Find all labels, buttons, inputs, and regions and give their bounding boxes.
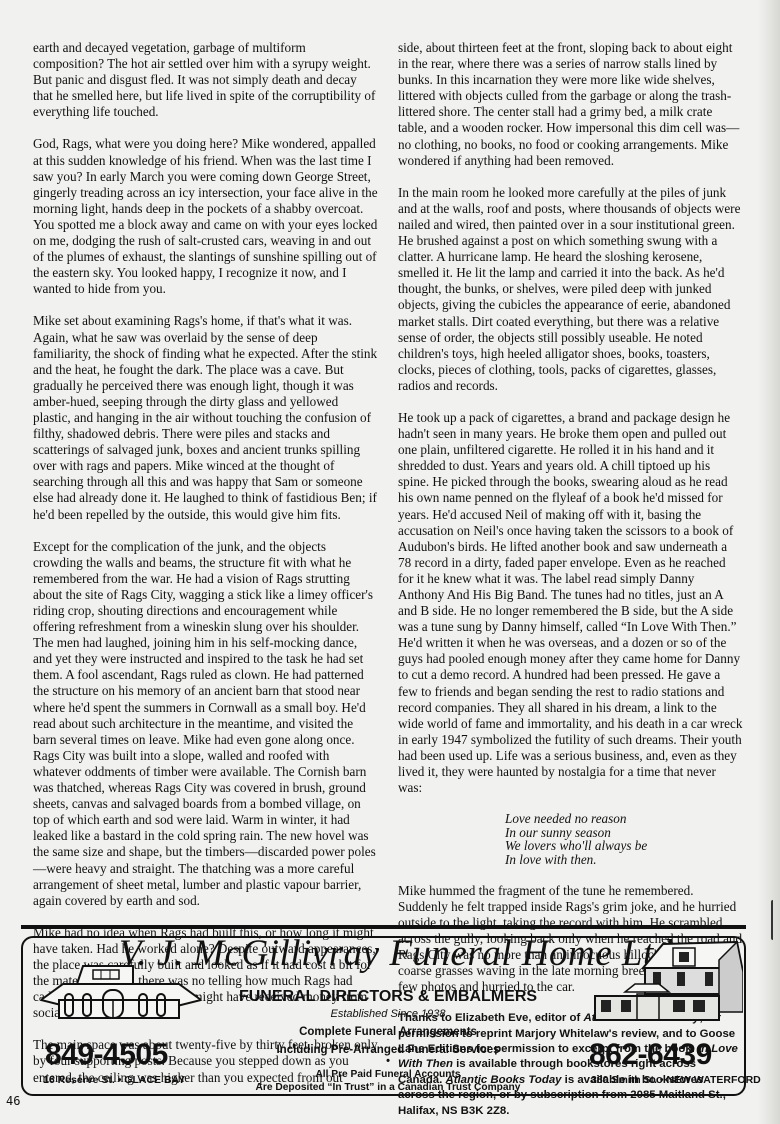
established-text: Established Since 1938 [193,1008,583,1020]
paragraph: God, Rags, what were you doing here? Mik… [33,136,378,297]
trust-line: All Pre Paid Funeral Accounts [193,1068,583,1081]
binding-mark [771,900,776,940]
page-edge-shadow [758,0,780,1124]
glace-bay-address: 16 Reserve St. • GLACE BAY [43,1074,185,1086]
glace-bay-building-icon [41,964,201,1020]
lyric-line: Love needed no reason [505,812,743,826]
trust-line: Are Deposited “In Trust” in a Canadian T… [193,1081,583,1094]
bullet-separator: • [193,1058,583,1064]
paragraph: In the main room he looked more carefull… [398,185,743,394]
lyric-line: In love with then. [505,853,743,867]
new-waterford-address: 380 Smith St. • NEW WATERFORD [591,1074,761,1086]
ad-services: FUNERAL DIRECTORS & EMBALMERS Establishe… [193,988,583,1094]
service-line: Complete Funeral Arrangements [193,1026,583,1038]
glace-bay-phone: 849-4505 [45,1038,168,1072]
funeral-home-advertisement: V. J. McGillivray Funeral Home Ltd. 849-… [21,936,746,1096]
song-lyrics: Love needed no reason In our sunny seaso… [505,812,743,866]
page-number: 46 [6,1094,20,1108]
ad-heading: FUNERAL DIRECTORS & EMBALMERS [193,988,583,1006]
lyric-line: In our sunny season [505,826,743,840]
paragraph: earth and decayed vegetation, garbage of… [33,40,378,120]
paragraph: Except for the complication of the junk,… [33,539,378,909]
new-waterford-house-icon [593,940,743,1022]
new-waterford-phone: 862-6439 [589,1038,712,1072]
paragraph: He took up a pack of cigarettes, a brand… [398,410,743,796]
section-divider [21,925,746,929]
lyric-line: We lovers who'll always be [505,839,743,853]
paragraph: Mike set about examining Rags's home, if… [33,313,378,522]
paragraph: side, about thirteen feet at the front, … [398,40,743,169]
